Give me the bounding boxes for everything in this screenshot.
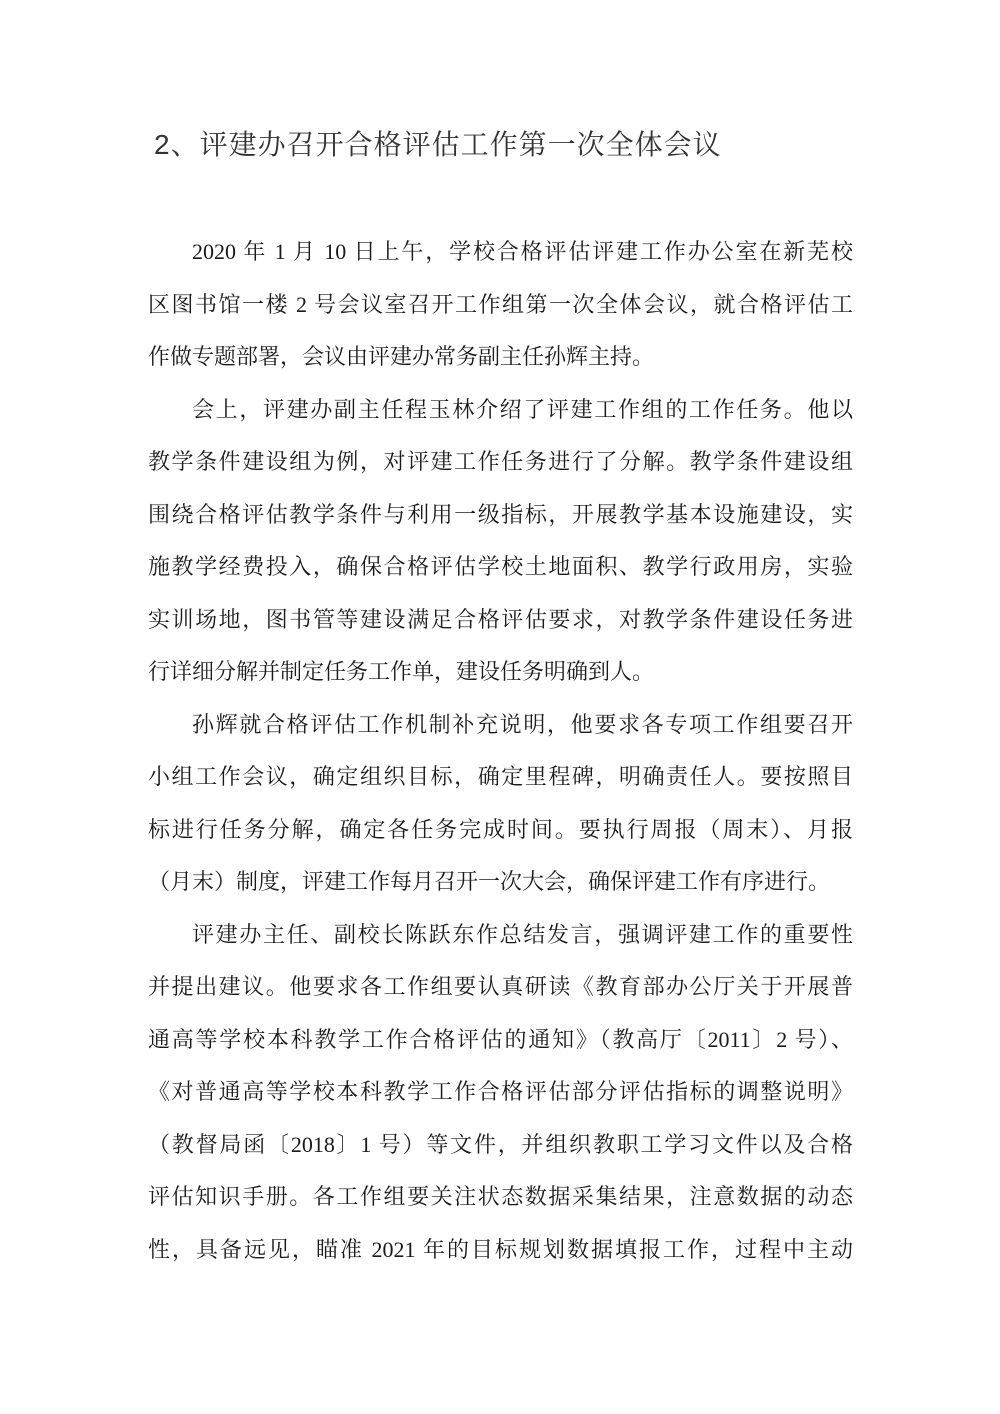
text-line: 作做专题部署，会议由评建办常务副主任孙辉主持。 xyxy=(148,331,853,384)
text-line: 施教学经费投入，确保合格评估学校土地面积、教学行政用房，实验 xyxy=(148,541,853,594)
text-line: 评建办主任、副校长陈跃东作总结发言，强调评建工作的重要性 xyxy=(148,909,853,962)
text-line: （教督局函〔2018〕1 号）等文件，并组织教职工学习文件以及合格 xyxy=(148,1119,853,1172)
text-line: 性，具备远见，瞄准 2021 年的目标规划数据填报工作，过程中主动 xyxy=(148,1224,853,1277)
text-line: 标进行任务分解，确定各任务完成时间。要执行周报（周末）、月报 xyxy=(148,804,853,857)
section-heading: 2、评建办召开合格评估工作第一次全体会议 xyxy=(154,125,853,165)
text-line: 孙辉就合格评估工作机制补充说明，他要求各专项工作组要召开 xyxy=(148,699,853,752)
document-body: 2020 年 1 月 10 日上午，学校合格评估评建工作办公室在新芜校 区图书馆… xyxy=(148,226,853,1276)
text-line: （月末）制度，评建工作每月召开一次大会，确保评建工作有序进行。 xyxy=(148,856,853,909)
text-line: 区图书馆一楼 2 号会议室召开工作组第一次全体会议，就合格评估工 xyxy=(148,279,853,332)
text-line: 行详细分解并制定任务工作单，建设任务明确到人。 xyxy=(148,646,853,699)
text-line: 并提出建议。他要求各工作组要认真研读《教育部办公厅关于开展普 xyxy=(148,961,853,1014)
paragraph-1: 2020 年 1 月 10 日上午，学校合格评估评建工作办公室在新芜校 区图书馆… xyxy=(148,226,853,384)
text-line: 《对普通高等学校本科教学工作合格评估部分评估指标的调整说明》 xyxy=(148,1066,853,1119)
text-line: 围绕合格评估教学条件与利用一级指标，开展教学基本设施建设，实 xyxy=(148,489,853,542)
text-line: 评估知识手册。各工作组要关注状态数据采集结果，注意数据的动态 xyxy=(148,1171,853,1224)
paragraph-3: 孙辉就合格评估工作机制补充说明，他要求各专项工作组要召开 小组工作会议，确定组织… xyxy=(148,699,853,909)
text-line: 实训场地，图书管等建设满足合格评估要求，对教学条件建设任务进 xyxy=(148,594,853,647)
document-page: 2、评建办召开合格评估工作第一次全体会议 2020 年 1 月 10 日上午，学… xyxy=(0,0,1000,1414)
text-line: 会上，评建办副主任程玉林介绍了评建工作组的工作任务。他以 xyxy=(148,384,853,437)
paragraph-2: 会上，评建办副主任程玉林介绍了评建工作组的工作任务。他以 教学条件建设组为例，对… xyxy=(148,384,853,699)
text-line: 小组工作会议，确定组织目标，确定里程碑，明确责任人。要按照目 xyxy=(148,751,853,804)
text-line: 通高等学校本科教学工作合格评估的通知》（教高厅〔2011〕2 号）、 xyxy=(148,1014,853,1067)
text-line: 教学条件建设组为例，对评建工作任务进行了分解。教学条件建设组 xyxy=(148,436,853,489)
text-line: 2020 年 1 月 10 日上午，学校合格评估评建工作办公室在新芜校 xyxy=(148,226,853,279)
paragraph-4: 评建办主任、副校长陈跃东作总结发言，强调评建工作的重要性 并提出建议。他要求各工… xyxy=(148,909,853,1277)
